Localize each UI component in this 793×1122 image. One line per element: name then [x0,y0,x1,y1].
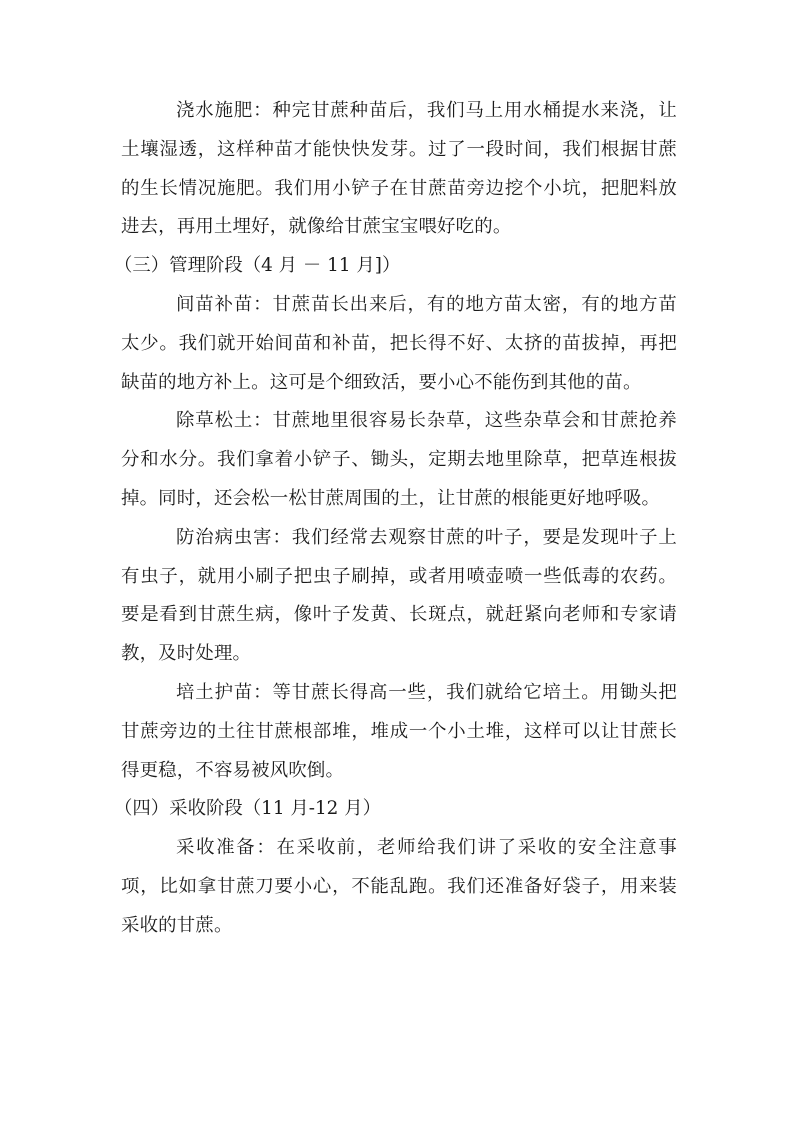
paragraph-weeding-loosening: 除草松土：甘蔗地里很容易长杂草，这些杂草会和甘蔗抢养分和水分。我们拿着小铲子、锄… [121,402,677,518]
section-heading-management-stage: （三）管理阶段（4 月 － 11 月]） [114,247,677,286]
section-heading-harvest-stage: （四）采收阶段（11 月-12 月） [114,790,677,829]
document-page: 浇水施肥：种完甘蔗种苗后，我们马上用水桶提水来浇，让土壤湿透，这样种苗才能快快发… [121,92,677,946]
paragraph-pest-control: 防治病虫害：我们经常去观察甘蔗的叶子，要是发现叶子上有虫子，就用小刷子把虫子刷掉… [121,519,677,674]
paragraph-thinning-replanting: 间苗补苗：甘蔗苗长出来后，有的地方苗太密，有的地方苗太少。我们就开始间苗和补苗，… [121,286,677,402]
paragraph-earthing-up: 培土护苗：等甘蔗长得高一些，我们就给它培土。用锄头把甘蔗旁边的土往甘蔗根部堆，堆… [121,674,677,790]
paragraph-watering-fertilizing: 浇水施肥：种完甘蔗种苗后，我们马上用水桶提水来浇，让土壤湿透，这样种苗才能快快发… [121,92,677,247]
paragraph-harvest-preparation: 采收准备：在采收前，老师给我们讲了采收的安全注意事项，比如拿甘蔗刀要小心，不能乱… [121,829,677,945]
